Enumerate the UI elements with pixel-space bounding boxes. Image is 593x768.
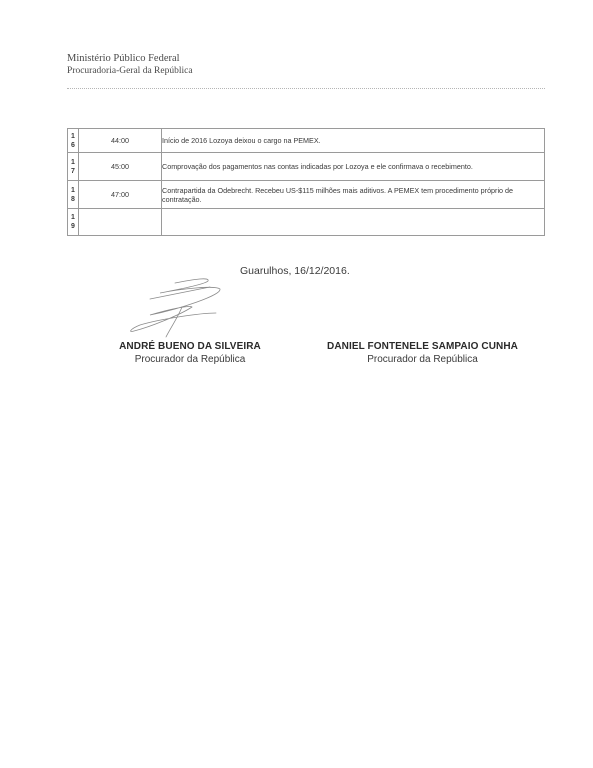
signer-block: ANDRÉ BUENO DA SILVEIRA Procurador da Re…: [100, 340, 280, 366]
table-row: 17 45:00 Comprovação dos pagamentos nas …: [68, 153, 545, 181]
row-description: Contrapartida da Odebrecht. Recebeu US-$…: [162, 181, 545, 209]
signer-name: ANDRÉ BUENO DA SILVEIRA: [100, 340, 280, 353]
table-row: 16 44:00 Início de 2016 Lozoya deixou o …: [68, 129, 545, 153]
signer-name: DANIEL FONTENELE SAMPAIO CUNHA: [315, 340, 530, 353]
place-date: Guarulhos, 16/12/2016.: [240, 265, 350, 277]
header-divider: [67, 88, 545, 89]
institution-name: Ministério Público Federal: [67, 53, 193, 65]
signer-role: Procurador da República: [315, 353, 530, 366]
row-number: 19: [68, 209, 79, 236]
row-number: 17: [68, 153, 79, 181]
row-number: 18: [68, 181, 79, 209]
row-timestamp: 47:00: [79, 181, 162, 209]
row-description: [162, 209, 545, 236]
signer-block: DANIEL FONTENELE SAMPAIO CUNHA Procurado…: [315, 340, 530, 366]
testimony-table: 16 44:00 Início de 2016 Lozoya deixou o …: [67, 128, 545, 236]
row-description: Início de 2016 Lozoya deixou o cargo na …: [162, 129, 545, 153]
row-number: 16: [68, 129, 79, 153]
table-row: 19: [68, 209, 545, 236]
row-description: Comprovação dos pagamentos nas contas in…: [162, 153, 545, 181]
row-timestamp: 44:00: [79, 129, 162, 153]
letterhead: Ministério Público Federal Procuradoria-…: [67, 53, 193, 77]
signer-role: Procurador da República: [100, 353, 280, 366]
table-row: 18 47:00 Contrapartida da Odebrecht. Rec…: [68, 181, 545, 209]
row-timestamp: [79, 209, 162, 236]
institution-department: Procuradoria-Geral da República: [67, 65, 193, 77]
handwritten-signature: [120, 275, 240, 345]
row-timestamp: 45:00: [79, 153, 162, 181]
